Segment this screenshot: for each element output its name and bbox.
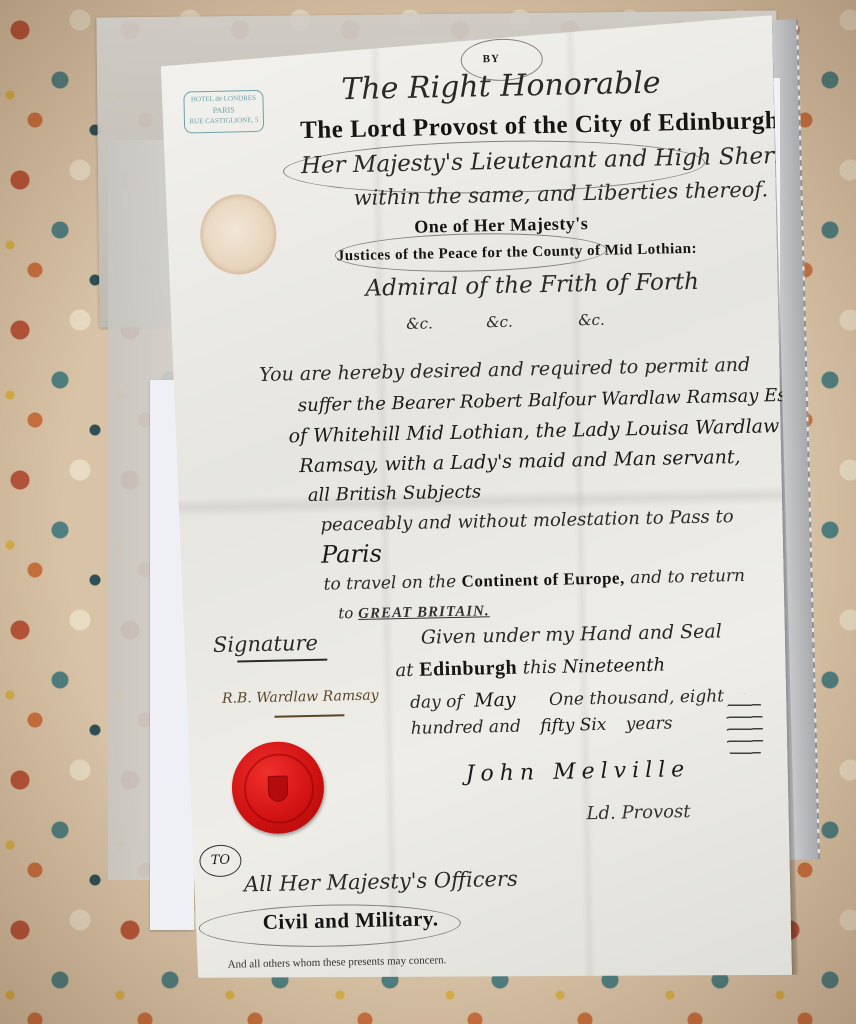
red-wax-seal [231, 741, 325, 835]
signature-underline [237, 659, 327, 662]
month-may: May [474, 689, 516, 712]
clerk-signature: Ld. Provost [586, 801, 690, 824]
given-year-line: hundred and fifty Six years [411, 713, 673, 738]
year-words-2-hand: fifty Six [540, 715, 607, 736]
year-words-1: One thousand, eight [549, 686, 724, 710]
official-signature: John Melville [465, 757, 690, 787]
hotel-stamp: HOTEL de LONDRES PARIS RUE CASTIGLIONE, … [183, 90, 264, 134]
body-line-pass: peaceably and without molestation to Pas… [320, 506, 734, 536]
footer-civil-military: Civil and Military. [262, 906, 438, 935]
header-etc-3: &c. [578, 311, 605, 330]
britain-prefix: to [338, 604, 353, 622]
years-word: years [626, 713, 673, 734]
header-by: BY [483, 53, 501, 65]
stamp-line-3: RUE CASTIGLIONE, 5 [185, 115, 263, 128]
body-line-servants: Ramsay, with a Lady's maid and Man serva… [299, 446, 741, 477]
day-of-word: day of [410, 692, 463, 713]
this-word: this [523, 657, 557, 679]
footer-rule [298, 985, 388, 988]
body-line-subjects: all British Subjects [308, 481, 482, 506]
body-line-britain: to GREAT BRITAIN. [338, 601, 490, 623]
given-under-hand: Given under my Hand and Seal [421, 620, 722, 648]
year-words-2-prefix: hundred and [411, 717, 522, 739]
footer-officers: All Her Majesty's Officers [244, 867, 518, 897]
signature-label: Signature [213, 631, 319, 657]
body-line-bearer: suffer the Bearer Robert Balfour Wardlaw… [298, 385, 804, 417]
body-line-destination: Paris [321, 539, 382, 568]
header-etc-1: &c. [406, 314, 433, 333]
body-line-continent: to travel on the Continent of Europe, an… [323, 566, 745, 595]
footer-others: And all others whom these presents may c… [228, 954, 447, 971]
header-etc-2: &c. [486, 313, 513, 332]
given-date-line: day of May One thousand, eight [410, 684, 724, 713]
body-line-permit: You are hereby desired and required to p… [259, 354, 750, 386]
given-place-line: at Edinburgh this Nineteenth [395, 654, 665, 683]
at-word: at [395, 660, 413, 681]
passport-document: HOTEL de LONDRES PARIS RUE CASTIGLIONE, … [160, 15, 792, 988]
to-label: TO [199, 844, 242, 877]
wax-seal-shield-icon [268, 775, 289, 801]
day-ordinal: Nineteenth [562, 655, 665, 678]
britain-bold: GREAT BRITAIN. [358, 603, 490, 622]
header-lord-provost: The Lord Provost of the City of Edinburg… [300, 107, 788, 145]
signature-flourish-loops [726, 694, 763, 763]
header-right-honorable: The Right Honorable [341, 66, 661, 108]
embossed-paper-seal [200, 194, 278, 276]
header-one-of-majesty: One of Her Majesty's [414, 213, 589, 238]
bearer-signature-underline [274, 714, 344, 717]
body-line-whitehill: of Whitehill Mid Lothian, the Lady Louis… [288, 415, 779, 447]
bearer-signature: R.B. Wardlaw Ramsay [222, 688, 379, 707]
stamp-line-1: HOTEL de LONDRES [184, 93, 262, 106]
place-edinburgh: Edinburgh [419, 657, 517, 681]
continent-bold: Continent of Europe, [461, 568, 625, 590]
continent-suffix: and to return [630, 566, 745, 588]
header-admiral: Admiral of the Frith of Forth [365, 269, 699, 302]
continent-prefix: to travel on the [323, 572, 456, 595]
